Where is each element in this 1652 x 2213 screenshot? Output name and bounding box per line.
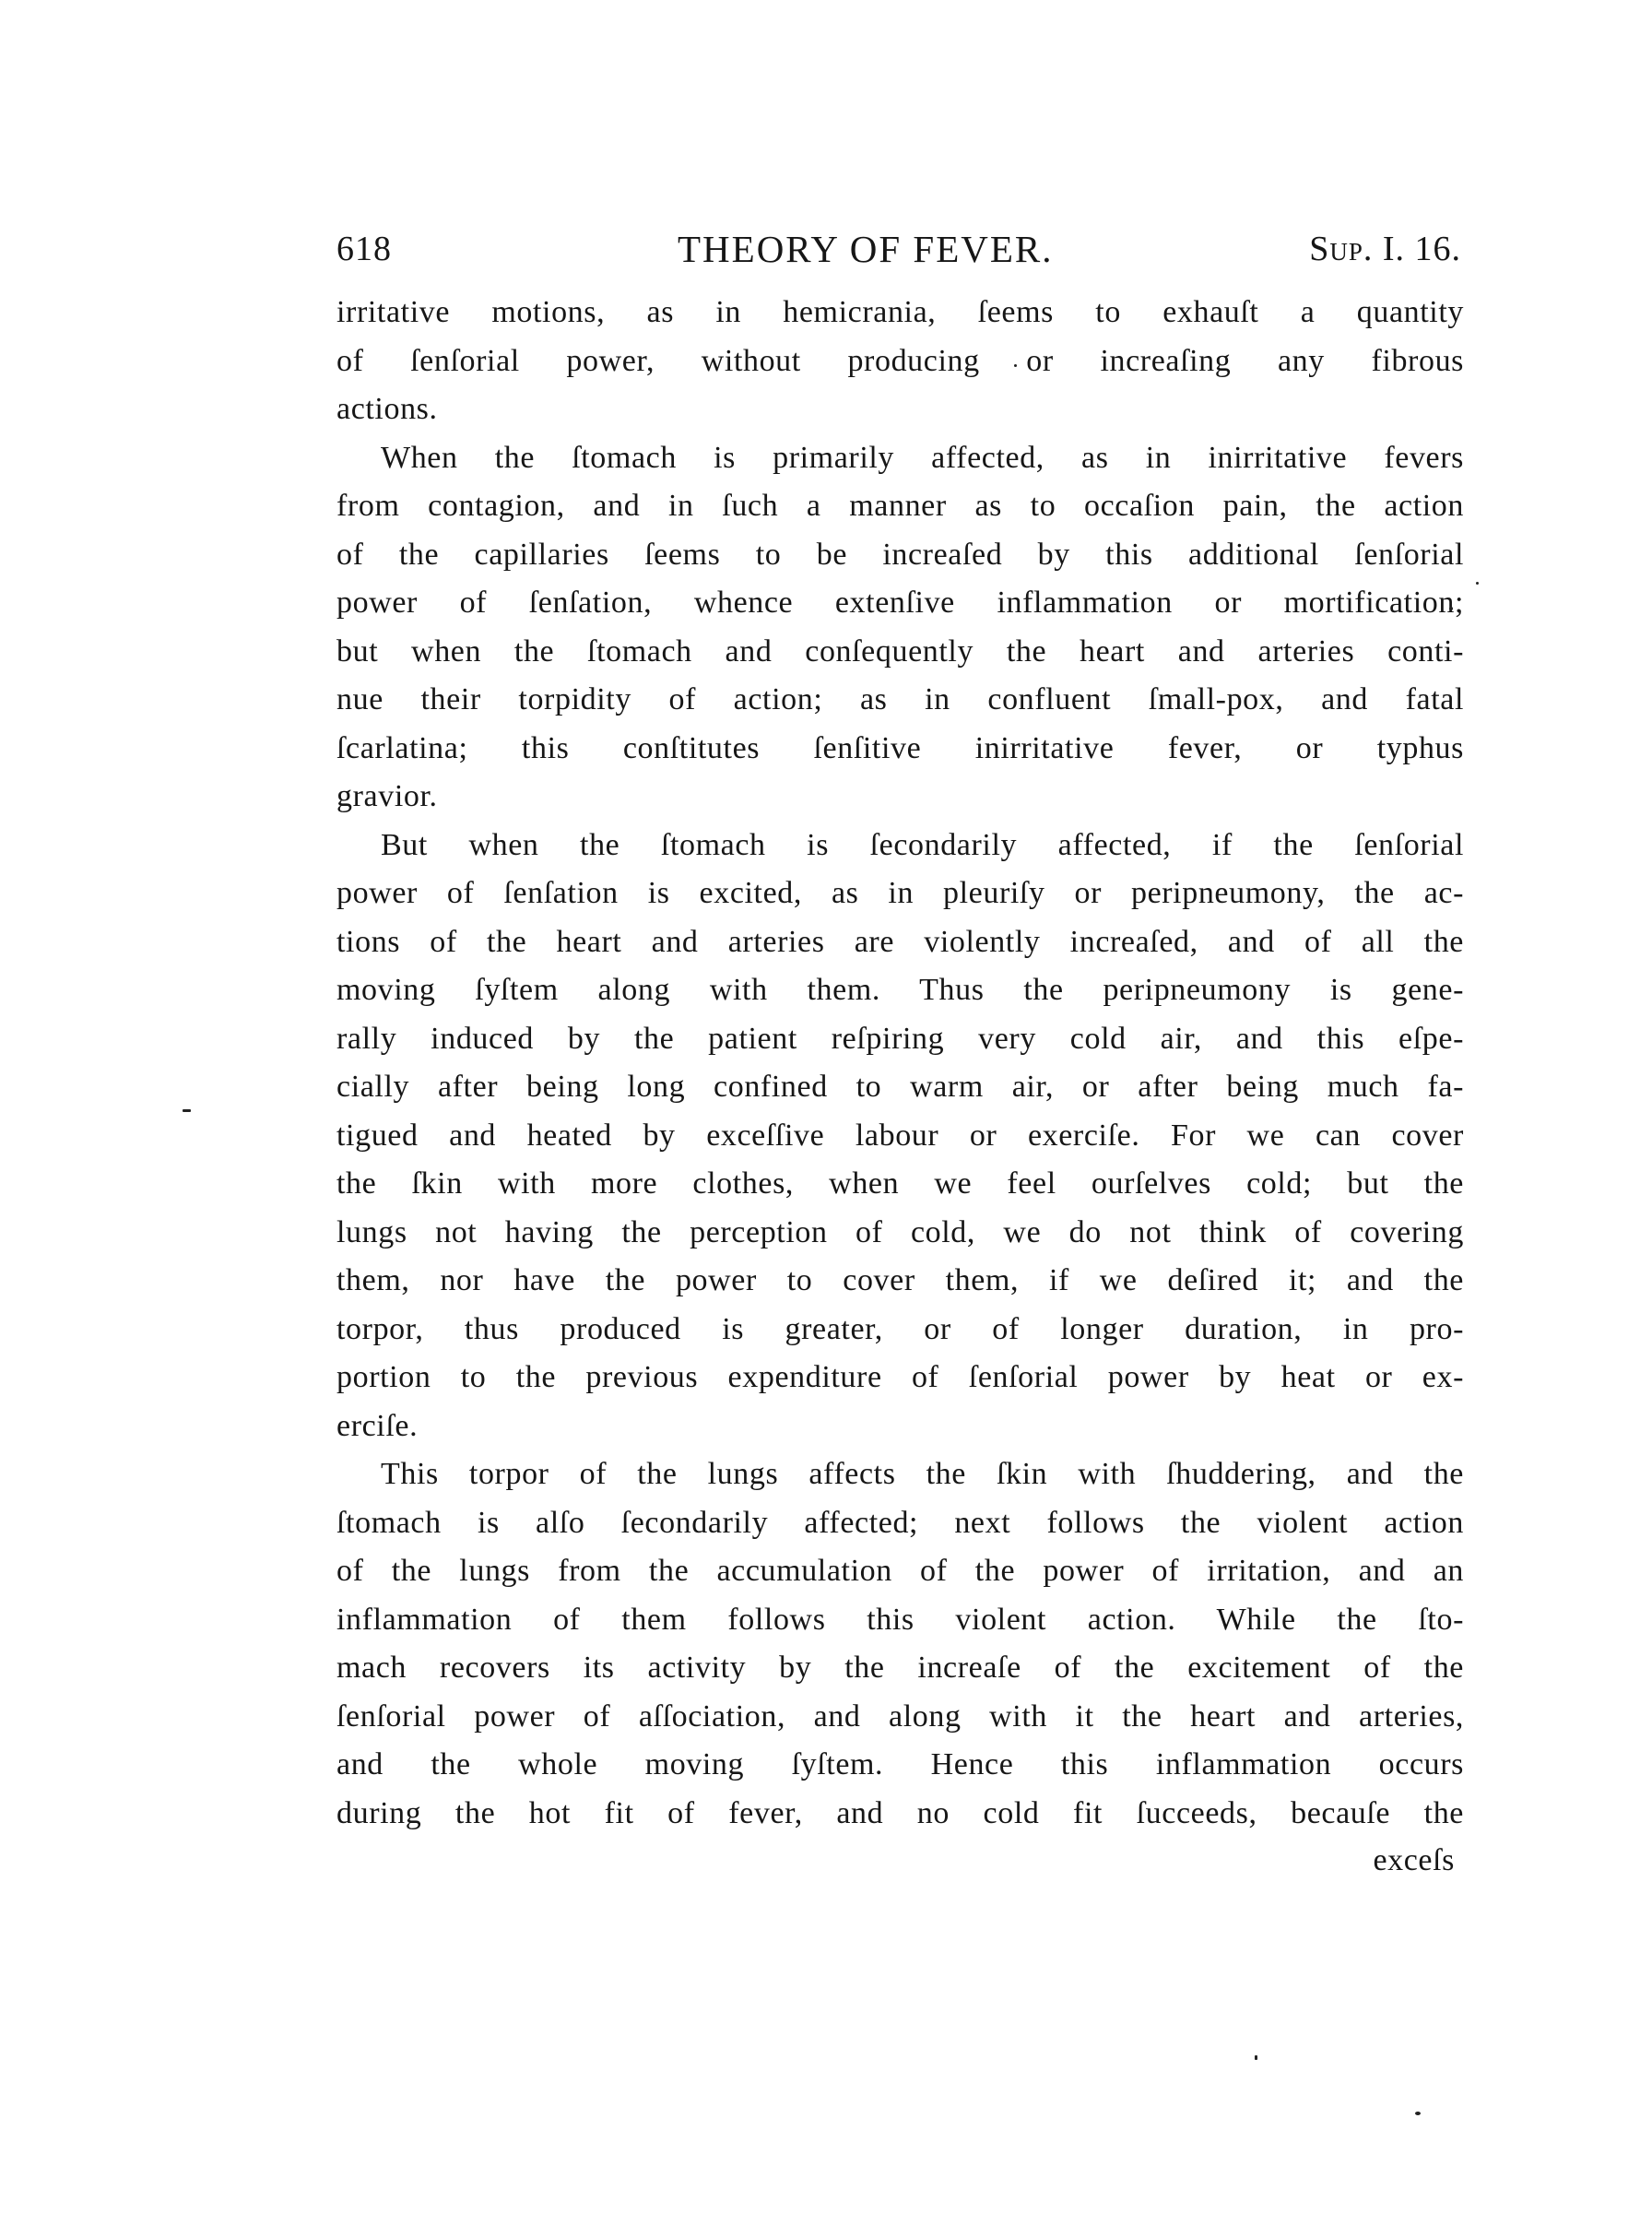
text-line: lungs not having the perception of cold,… xyxy=(336,1209,1464,1258)
paragraph-torpor-of-lungs: This torpor of the lungs affects the ſki… xyxy=(336,1450,1464,1838)
scan-speck xyxy=(1014,364,1017,367)
text-line: of the capillaries ſeems to be increaſed… xyxy=(336,531,1464,580)
text-line: the ſkin with more clothes, when we feel… xyxy=(336,1160,1464,1209)
paragraph-stomach-primarily-affected: When the ſtomach is primarily affected, … xyxy=(336,434,1464,822)
scan-speck xyxy=(183,1109,191,1112)
page-number: 618 xyxy=(336,229,392,269)
text-line: erciſe. xyxy=(336,1402,1464,1451)
text-line: rally induced by the patient reſpiring v… xyxy=(336,1015,1464,1064)
text-line: But when the ſtomach is ſecondarily affe… xyxy=(336,822,1464,870)
text-line: ſtomach is alſo ſecondarily affected; ne… xyxy=(336,1499,1464,1548)
text-line: and the whole moving ſyſtem. Hence this … xyxy=(336,1741,1464,1790)
text-line: power of ſenſation, whence extenſive inf… xyxy=(336,579,1464,628)
paragraph-stomach-secondarily-affected: But when the ſtomach is ſecondarily affe… xyxy=(336,822,1464,1451)
text-line: power of ſenſation is excited, as in ple… xyxy=(336,870,1464,918)
text-line: of ſenſorial power, without producing or… xyxy=(336,337,1464,386)
text-line: irritative motions, as in hemicrania, ſe… xyxy=(336,289,1464,337)
text-line: This torpor of the lungs affects the ſki… xyxy=(336,1450,1464,1499)
text-line: When the ſtomach is primarily affected, … xyxy=(336,434,1464,483)
paragraph-continuation: irritative motions, as in hemicrania, ſe… xyxy=(336,289,1464,434)
text-line: moving ſyſtem along with them. Thus the … xyxy=(336,966,1464,1015)
text-line: gravior. xyxy=(336,773,1464,822)
text-line: ſcarlatina; this conſtitutes ſenſitive i… xyxy=(336,725,1464,774)
running-head: 618 THEORY OF FEVER. Sup. I. 16. xyxy=(336,229,1461,269)
text-line: tions of the heart and arteries are viol… xyxy=(336,918,1464,967)
text-line: actions. xyxy=(336,385,1464,434)
catchword: exceſs xyxy=(1373,1840,1455,1881)
book-page: 618 THEORY OF FEVER. Sup. I. 16. irritat… xyxy=(0,0,1652,2213)
text-line: inflammation of them follows this violen… xyxy=(336,1596,1464,1645)
text-line: mach recovers its activity by the increa… xyxy=(336,1644,1464,1693)
text-line: from contagion, and in ſuch a manner as … xyxy=(336,482,1464,531)
text-line: but when the ſtomach and conſequently th… xyxy=(336,628,1464,677)
text-line: nue their torpidity of action; as in con… xyxy=(336,676,1464,725)
text-line: them, nor have the power to cover them, … xyxy=(336,1257,1464,1306)
text-line: of the lungs from the accumulation of th… xyxy=(336,1547,1464,1596)
section-reference: Sup. I. 16. xyxy=(1309,229,1461,269)
text-line: cially after being long confined to warm… xyxy=(336,1063,1464,1112)
scan-speck xyxy=(1255,2055,1257,2060)
text-line: during the hot fit of fever, and no cold… xyxy=(336,1790,1464,1839)
scan-speck xyxy=(1449,607,1453,610)
text-line: portion to the previous expenditure of ſ… xyxy=(336,1354,1464,1402)
body-text: irritative motions, as in hemicrania, ſe… xyxy=(336,289,1464,1838)
text-line: tigued and heated by exceſſive labour or… xyxy=(336,1112,1464,1161)
text-line: torpor, thus produced is greater, or of … xyxy=(336,1306,1464,1355)
text-line: ſenſorial power of aſſociation, and alon… xyxy=(336,1693,1464,1742)
running-title: THEORY OF FEVER. xyxy=(678,229,1054,269)
scan-speck xyxy=(1415,2112,1421,2115)
scan-speck xyxy=(1476,582,1479,585)
